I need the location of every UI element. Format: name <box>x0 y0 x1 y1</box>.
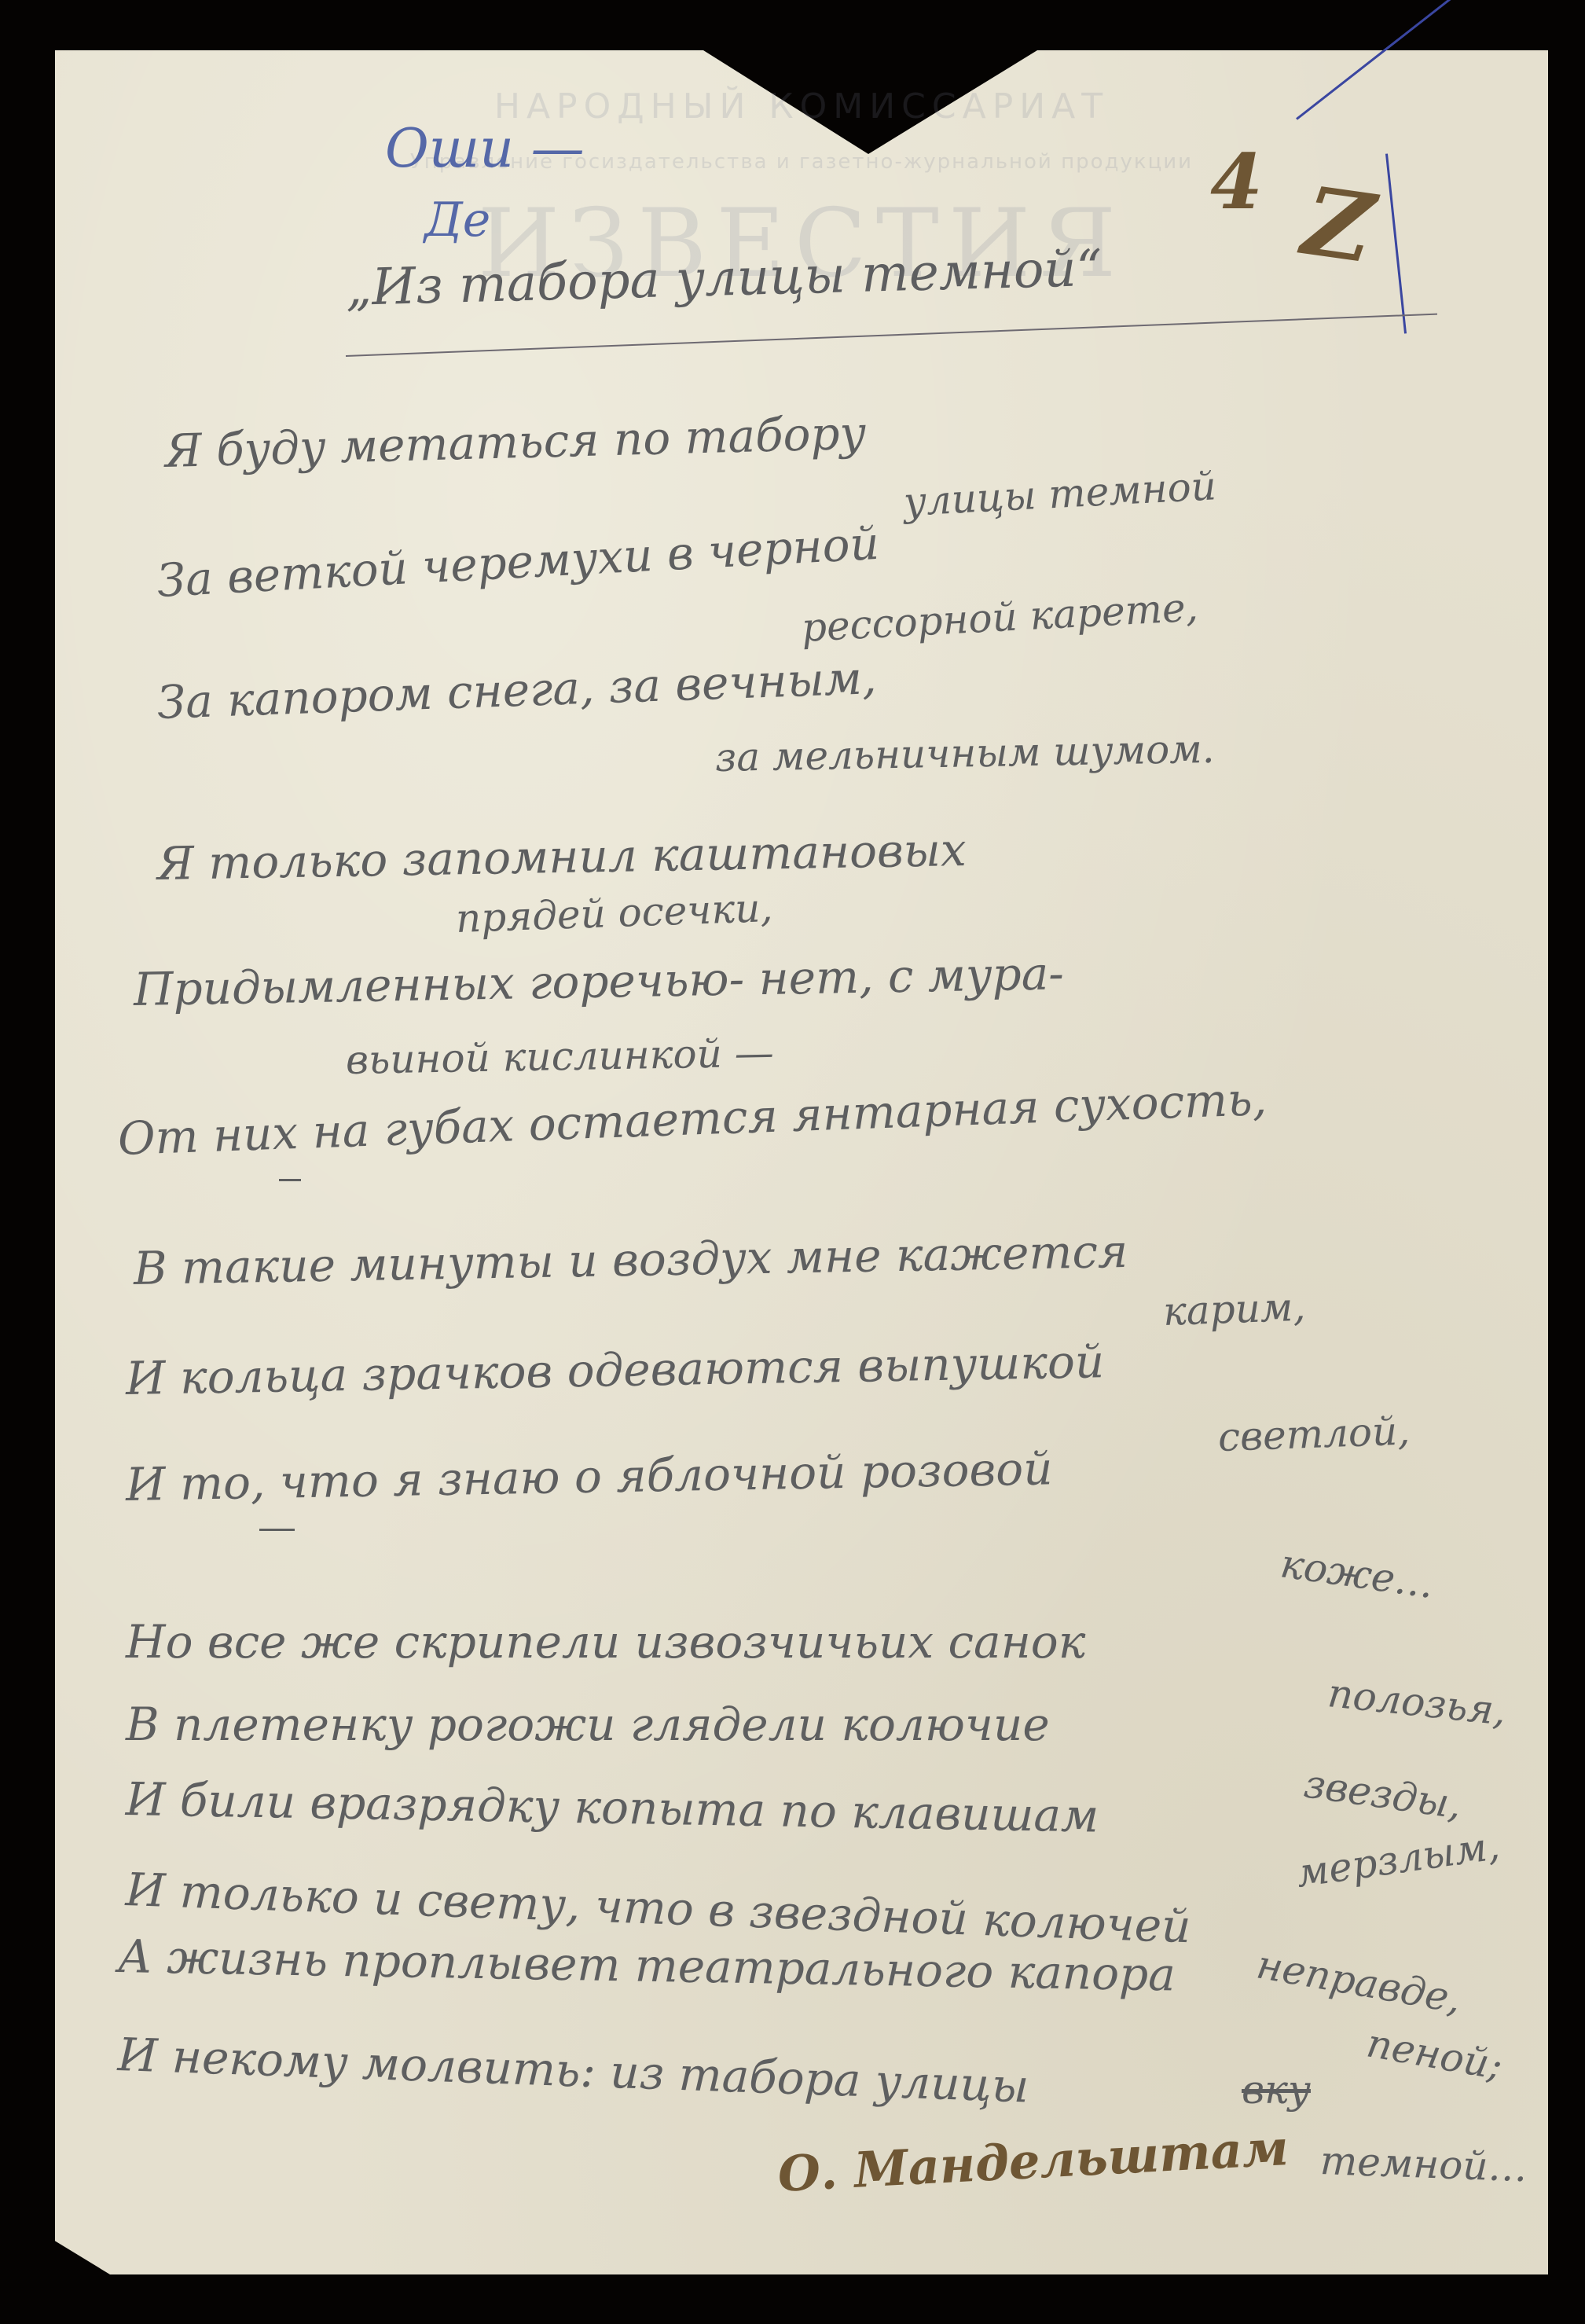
stanza4-line2: В плетенку рогожи глядели колючие <box>126 1698 1050 1751</box>
stanza2-line2-inter: вьиной кислинкой — <box>345 1030 774 1082</box>
stanza1-line3-inter: за мельничным шумом. <box>714 726 1215 780</box>
blue-annotation-line2: Де <box>424 193 490 248</box>
struck-word: вку <box>1242 2067 1311 2113</box>
stanza4-line1: Но все же скрипели извозчичьих санок <box>126 1615 1085 1669</box>
stanza3-line2-inter: светлой, <box>1217 1408 1411 1459</box>
blue-annotation-line1: Оши — <box>385 118 585 180</box>
stanza-divider-mark <box>259 1529 295 1531</box>
stanza4-line6-inter: темной… <box>1319 2138 1528 2190</box>
stanza3-line1-inter: карим, <box>1162 1284 1306 1335</box>
underline-mark <box>279 1179 301 1181</box>
page-number: 4 <box>1210 138 1263 226</box>
